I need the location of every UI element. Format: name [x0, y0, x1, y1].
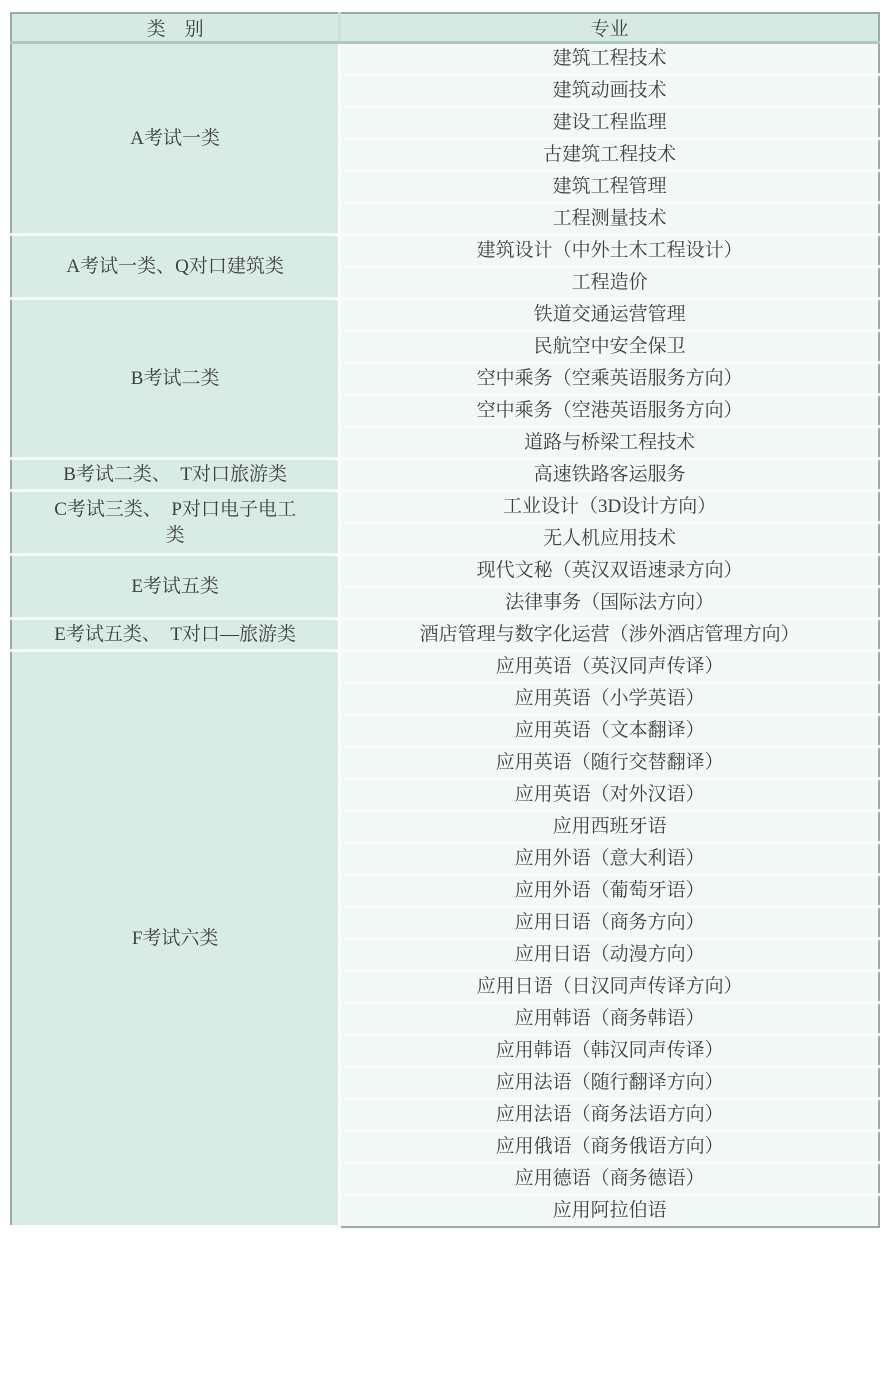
major-cell: 酒店管理与数字化运营（涉外酒店管理方向）	[340, 619, 879, 651]
major-cell: 法律事务（国际法方向）	[340, 587, 879, 619]
admission-category-major-table: 类 别 专业 A考试一类 建筑工程技术 建筑动画技术 建设工程监理 古建筑工程技…	[10, 12, 880, 1228]
major-cell: 应用英语（随行交替翻译）	[340, 747, 879, 779]
table-row: E考试五类、 T对口—旅游类 酒店管理与数字化运营（涉外酒店管理方向）	[11, 619, 879, 651]
major-cell: 空中乘务（空港英语服务方向）	[340, 395, 879, 427]
header-row: 类 别 专业	[11, 13, 879, 43]
table-row: A考试一类 建筑工程技术	[11, 43, 879, 75]
major-cell: 应用日语（日汉同声传译方向）	[340, 971, 879, 1003]
category-cell: E考试五类	[11, 555, 340, 619]
major-cell: 应用韩语（韩汉同声传译）	[340, 1035, 879, 1067]
major-cell: 应用韩语（商务韩语）	[340, 1003, 879, 1035]
major-cell: 道路与桥梁工程技术	[340, 427, 879, 459]
major-cell: 民航空中安全保卫	[340, 331, 879, 363]
major-cell: 空中乘务（空乘英语服务方向）	[340, 363, 879, 395]
major-cell: 应用阿拉伯语	[340, 1195, 879, 1227]
major-cell: 古建筑工程技术	[340, 139, 879, 171]
major-cell: 应用日语（动漫方向）	[340, 939, 879, 971]
major-cell: 应用外语（意大利语）	[340, 843, 879, 875]
table-row: A考试一类、Q对口建筑类 建筑设计（中外土木工程设计）	[11, 235, 879, 267]
category-cell: F考试六类	[11, 651, 340, 1227]
major-cell: 应用外语（葡萄牙语）	[340, 875, 879, 907]
category-cell: A考试一类	[11, 43, 340, 235]
major-cell: 建筑工程管理	[340, 171, 879, 203]
major-cell: 建筑设计（中外土木工程设计）	[340, 235, 879, 267]
table-row: C考试三类、 P对口电子电工类 工业设计（3D设计方向）	[11, 491, 879, 523]
major-cell: 现代文秘（英汉双语速录方向）	[340, 555, 879, 587]
major-cell: 建筑工程技术	[340, 43, 879, 75]
major-cell: 建筑动画技术	[340, 75, 879, 107]
major-cell: 应用英语（文本翻译）	[340, 715, 879, 747]
table-row: F考试六类 应用英语（英汉同声传译）	[11, 651, 879, 683]
category-cell: C考试三类、 P对口电子电工类	[11, 491, 340, 555]
major-cell: 高速铁路客运服务	[340, 459, 879, 491]
category-cell: B考试二类	[11, 299, 340, 459]
category-cell: A考试一类、Q对口建筑类	[11, 235, 340, 299]
column-header-major: 专业	[340, 13, 879, 43]
category-cell: B考试二类、 T对口旅游类	[11, 459, 340, 491]
major-cell: 应用西班牙语	[340, 811, 879, 843]
major-cell: 应用德语（商务德语）	[340, 1163, 879, 1195]
major-cell: 应用日语（商务方向）	[340, 907, 879, 939]
major-cell: 建设工程监理	[340, 107, 879, 139]
major-cell: 应用俄语（商务俄语方向）	[340, 1131, 879, 1163]
major-cell: 应用英语（对外汉语）	[340, 779, 879, 811]
major-cell: 工程造价	[340, 267, 879, 299]
table-row: E考试五类 现代文秘（英汉双语速录方向）	[11, 555, 879, 587]
major-cell: 工程测量技术	[340, 203, 879, 235]
major-cell: 应用法语（随行翻译方向）	[340, 1067, 879, 1099]
major-cell: 工业设计（3D设计方向）	[340, 491, 879, 523]
major-cell: 无人机应用技术	[340, 523, 879, 555]
page: 类 别 专业 A考试一类 建筑工程技术 建筑动画技术 建设工程监理 古建筑工程技…	[0, 0, 890, 1228]
major-cell: 铁道交通运营管理	[340, 299, 879, 331]
table-row: B考试二类 铁道交通运营管理	[11, 299, 879, 331]
major-cell: 应用英语（英汉同声传译）	[340, 651, 879, 683]
column-header-category: 类 别	[11, 13, 340, 43]
major-cell: 应用法语（商务法语方向）	[340, 1099, 879, 1131]
category-cell: E考试五类、 T对口—旅游类	[11, 619, 340, 651]
table-row: B考试二类、 T对口旅游类 高速铁路客运服务	[11, 459, 879, 491]
major-cell: 应用英语（小学英语）	[340, 683, 879, 715]
